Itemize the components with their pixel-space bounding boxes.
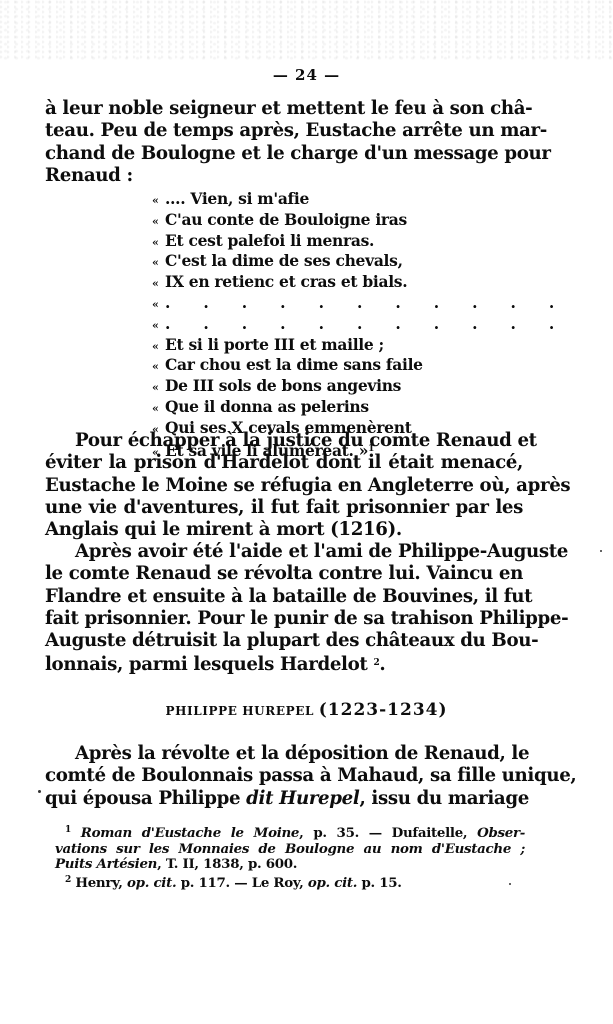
text-line: Auguste détruisit la plupart des château… (45, 630, 523, 652)
verse-ellipsis-line: «. . . . . . . . . . . (152, 294, 568, 315)
heading-title: PHILIPPE HUREPEL (165, 704, 314, 718)
text-line: Pour échapper à la justice du comte Rena… (45, 430, 523, 452)
verse-line: «Que il donna as pelerins (152, 398, 568, 419)
paragraph-3: Après avoir été l'aide et l'ami de Phili… (45, 541, 523, 677)
text-line: Eustache le Moine se réfugia en Angleter… (45, 475, 523, 497)
verse-line: «IX en retienc et cras et bials. (152, 273, 568, 294)
paragraph-4: Après la révolte et la déposition de Ren… (45, 743, 523, 810)
scan-noise (0, 0, 613, 60)
text-line: teau. Peu de temps après, Eustache arrêt… (45, 120, 523, 142)
footnote-2: 2 Henry, op. cit. p. 117. — Le Roy, op. … (55, 873, 525, 892)
verse-line: «Et cest palefoi li menras. (152, 232, 568, 253)
text-line: à leur noble seigneur et mettent le feu … (45, 98, 523, 120)
verse-line: «Car chou est la dime sans faile (152, 356, 568, 377)
verse-quotation: «…. Vien, si m'afie «C'au conte de Boulo… (152, 190, 568, 462)
scan-speck (509, 883, 511, 885)
footnotes: 1 Roman d'Eustache le Moine, p. 35. — Du… (55, 823, 525, 891)
text-line: comté de Boulonnais passa à Mahaud, sa f… (45, 765, 523, 787)
text-line: éviter la prison d'Hardelot dont il étai… (45, 452, 523, 474)
text-line: fait prisonnier. Pour le punir de sa tra… (45, 608, 523, 630)
text-line: Après avoir été l'aide et l'ami de Phili… (45, 541, 523, 563)
paragraph-2: Pour échapper à la justice du comte Rena… (45, 430, 523, 541)
paragraph-1: à leur noble seigneur et mettent le feu … (45, 98, 523, 187)
verse-line: «C'est la dime de ses chevals, (152, 252, 568, 273)
verse-line: «De III sols de bons angevins (152, 377, 568, 398)
footnote-ref: 2 (373, 658, 379, 668)
text-line: Renaud : (45, 165, 523, 187)
scan-speck (600, 550, 602, 552)
text-line: une vie d'aventures, il fut fait prisonn… (45, 497, 523, 519)
footnote-1: 1 Roman d'Eustache le Moine, p. 35. — Du… (55, 823, 525, 842)
text-line: Après la révolte et la déposition de Ren… (45, 743, 523, 765)
text-line: Anglais qui le mirent à mort (1216). (45, 519, 523, 541)
section-heading: PHILIPPE HUREPEL (1223-1234) (0, 700, 613, 720)
footnote-1-continuation: Puits Artésien, T. II, 1838, p. 600. (55, 857, 525, 873)
text-line: qui épousa Philippe dit Hurepel, issu du… (45, 788, 523, 810)
verse-line: «Et si li porte III et maille ; (152, 336, 568, 357)
scan-speck (38, 790, 41, 793)
verse-ellipsis-line: «. . . . . . . . . . . (152, 315, 568, 336)
text-line: chand de Boulogne et le charge d'un mess… (45, 143, 523, 165)
page-number: — 24 — (0, 66, 613, 84)
verse-line: «C'au conte de Bouloigne iras (152, 211, 568, 232)
verse-line: «…. Vien, si m'afie (152, 190, 568, 211)
heading-years: (1223-1234) (319, 700, 448, 720)
italic-text: dit Hurepel (246, 788, 359, 809)
text-line: Flandre et ensuite à la bataille de Bouv… (45, 586, 523, 608)
text-line: lonnais, parmi lesquels Hardelot 2. (45, 652, 523, 676)
footnote-1-continuation: vations sur les Monnaies de Boulogne au … (55, 842, 525, 858)
text-line: le comte Renaud se révolta contre lui. V… (45, 563, 523, 585)
